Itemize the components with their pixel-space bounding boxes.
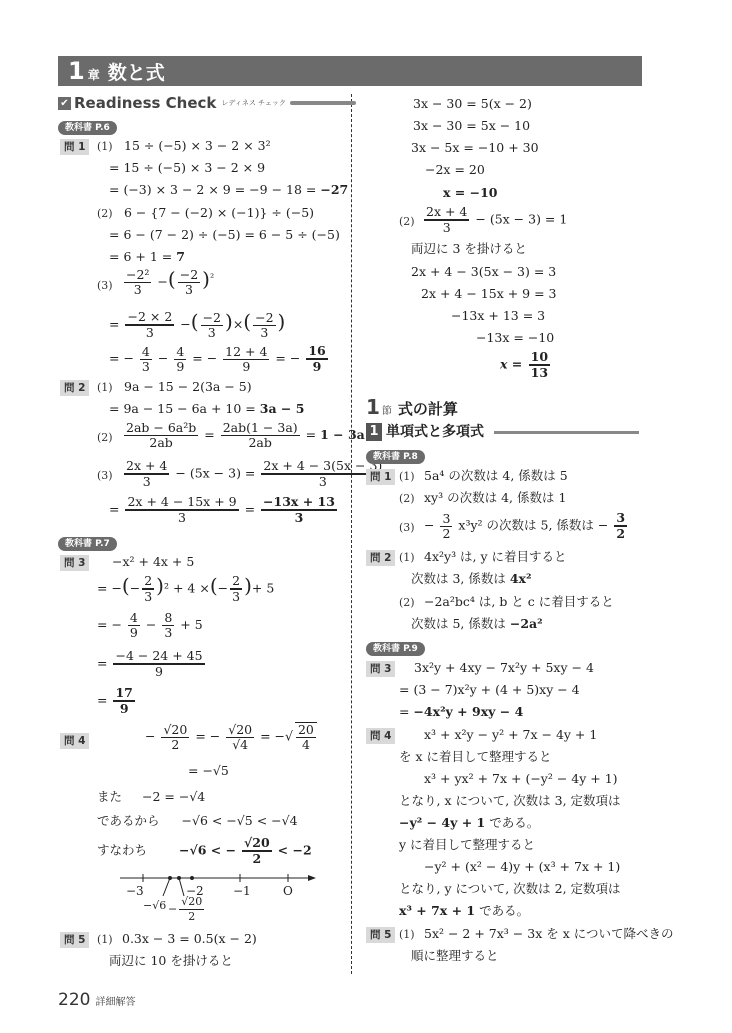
math-line: = 15 ÷ (−5) × 3 − 2 × 9: [109, 159, 265, 177]
text-line: −y² − 4y + 1 である。: [399, 814, 539, 832]
math-line: すなわち −√6 < − √202 < −2: [97, 836, 312, 866]
math-line: − √202 = − √20√4 = −√204: [145, 722, 319, 752]
text-line: y に着目して整理すると: [399, 836, 535, 854]
part-number: (2): [399, 492, 415, 505]
text-line: 両辺に 10 を掛けると: [109, 952, 233, 970]
math-line: x³ + x²y − y² + 7x − 4y + 1: [424, 726, 597, 744]
part-number: (1): [97, 140, 113, 153]
math-line: −2x = 20: [425, 161, 485, 179]
text-line: 順に整理すると: [411, 947, 499, 965]
tick-label: O: [283, 882, 293, 900]
text-line: 両辺に 3 を掛けると: [411, 240, 527, 258]
answer: 179: [113, 686, 134, 716]
math-line: −2²3 −(−23)²: [122, 268, 214, 297]
answer: 1 − 3a: [320, 427, 365, 442]
part-number: (2): [97, 207, 113, 220]
math-line: = −2 × 23 −(−23)×(−23): [109, 310, 285, 340]
answer: x = 1013: [500, 350, 552, 380]
math-line: = − 43 − 49 = − 12 + 49 = − 169: [109, 344, 330, 374]
math-line: = −√5: [188, 762, 229, 780]
math-line: また−2 = −√4: [97, 788, 205, 806]
part-number: (2): [97, 431, 113, 444]
heading-rule: [290, 101, 356, 105]
math-line: −x² + 4x + 5: [112, 553, 194, 571]
math-line: = − 49 − 83 + 5: [97, 611, 203, 640]
page-footer: 220 詳細解答: [58, 990, 135, 1010]
answer: 7: [176, 249, 185, 264]
math-line: = −(−23)² + 4 ×(−23)+ 5: [97, 574, 274, 604]
math-line: −y² + (x² − 4)y + (x³ + 7x + 1): [424, 858, 620, 876]
text-line: となり, x について, 次数は 3, 定数項は: [399, 792, 621, 810]
question-label: 問 4: [366, 728, 395, 744]
math-line: 3x − 30 = 5x − 10: [413, 117, 530, 135]
math-line: 2x + 4 − 15x + 9 = 3: [421, 285, 557, 303]
math-line: 6 − {7 − (−2) × (−1)} ÷ (−5): [124, 204, 314, 222]
answer: x = −10: [443, 184, 498, 202]
part-number: (1): [399, 470, 415, 483]
question-label: 問 2: [366, 550, 395, 566]
text-line: xy³ の次数は 4, 係数は 1: [424, 489, 566, 507]
text-line: 5a⁴ の次数は 4, 係数は 5: [424, 467, 568, 485]
question-label: 問 5: [60, 932, 89, 948]
math-line: −13x = −10: [476, 329, 554, 347]
math-line: 2x + 4 − 3(5x − 3) = 3: [411, 263, 556, 281]
math-line: 3x − 5x = −10 + 30: [411, 139, 539, 157]
readiness-check-heading: ✔ Readiness Check レディネス チェック: [58, 94, 356, 112]
question-label: 問 3: [366, 661, 395, 677]
checkbox-icon: ✔: [58, 97, 71, 110]
math-line: 15 ÷ (−5) × 3 − 2 × 3²: [124, 137, 271, 155]
text-line: 4x²y³ は, y に着目すると: [424, 548, 567, 566]
heading-rule: [494, 431, 639, 434]
math-line: = 6 + 1 = 7: [109, 248, 185, 266]
math-line: であるから−√6 < −√5 < −√4: [97, 812, 298, 830]
math-line: −13x + 13 = 3: [451, 307, 545, 325]
math-line: = 9a − 15 − 6a + 10 = 3a − 5: [109, 400, 304, 418]
math-line: 3x − 30 = 5(x − 2): [413, 95, 532, 113]
textbook-ref-badge: 教科書 P.9: [366, 642, 425, 656]
math-line: 2x + 43 − (5x − 3) = 2x + 4 − 3(5x − 3)3: [122, 459, 386, 489]
question-label: 問 1: [366, 469, 395, 485]
footer-label: 詳細解答: [95, 993, 135, 1008]
math-line: 3x²y + 4xy − 7x²y + 5xy − 4: [414, 659, 594, 677]
chapter-unit: 章: [88, 66, 100, 83]
question-label: 問 4: [60, 733, 89, 749]
math-line: = −4x²y + 9xy − 4: [399, 703, 523, 721]
math-line: 9a − 15 − 2(3a − 5): [124, 378, 252, 396]
answer: −13x + 133: [261, 495, 337, 525]
text-line: x³ + 7x + 1 である。: [399, 902, 529, 920]
chapter-number: 1: [68, 56, 85, 86]
part-number: (1): [97, 381, 113, 394]
part-number: (1): [399, 928, 415, 941]
part-number: (3): [97, 469, 113, 482]
math-line: x³ + yx² + 7x + (−y² − 4y + 1): [424, 770, 618, 788]
answer: −27: [320, 182, 348, 197]
arrow-icon: [308, 875, 316, 881]
chapter-header: 1 章 数と式: [58, 56, 642, 86]
math-line: 2ab − 6a²b2ab = 2ab(1 − 3a)2ab = 1 − 3a: [122, 421, 365, 450]
question-label: 問 1: [60, 139, 89, 155]
column-divider: [351, 94, 352, 974]
part-number: (2): [399, 215, 415, 228]
question-label: 問 3: [60, 555, 89, 571]
part-number: (3): [399, 521, 415, 534]
textbook-ref-badge: 教科書 P.7: [58, 537, 117, 551]
question-label: 問 2: [60, 380, 89, 396]
answer: 3a − 5: [260, 401, 305, 416]
math-line: = −4 − 24 + 459: [97, 649, 207, 679]
text-line: −2a²bc⁴ は, b と c に着目すると: [424, 593, 614, 611]
subsection-heading: 1 単項式と多項式: [366, 423, 639, 441]
point-label: −√202: [168, 895, 206, 924]
textbook-ref-badge: 教科書 P.8: [366, 450, 425, 464]
section-heading: 1 節 式の計算: [366, 398, 458, 421]
point-label: −√6: [143, 897, 166, 915]
math-line: = 2x + 4 − 15x + 93 = −13x + 133: [109, 495, 339, 525]
question-label: 問 5: [366, 927, 395, 943]
text-line: 次数は 5, 係数は −2a²: [411, 615, 543, 633]
math-line: = 179: [97, 686, 137, 716]
readiness-label: Readiness Check: [74, 94, 216, 112]
math-line: = (3 − 7)x²y + (4 + 5)xy − 4: [399, 681, 580, 699]
textbook-ref-badge: 教科書 P.6: [58, 121, 117, 135]
part-number: (1): [399, 551, 415, 564]
math-line: = 6 − (7 − 2) ÷ (−5) = 6 − 5 ÷ (−5): [109, 226, 340, 244]
chapter-title: 数と式: [108, 58, 165, 85]
part-number: (1): [97, 933, 113, 946]
math-line: 0.3x − 3 = 0.5(x − 2): [122, 930, 257, 948]
part-number: (3): [97, 279, 113, 292]
page-number: 220: [58, 990, 90, 1010]
tick-label: −1: [233, 882, 251, 900]
part-number: (2): [399, 596, 415, 609]
text-line: 次数は 3, 係数は 4x²: [411, 570, 531, 588]
text-line: 5x² − 2 + 7x³ − 3x を x について降べきの: [424, 925, 673, 943]
math-line: 2x + 43 − (5x − 3) = 1: [422, 205, 567, 235]
text-line: となり, y について, 次数は 2, 定数項は: [399, 880, 621, 898]
tick-label: −3: [126, 882, 144, 900]
readiness-sub: レディネス チェック: [221, 94, 285, 112]
answer: 169: [306, 344, 327, 374]
text-line: を x に着目して整理すると: [399, 748, 552, 766]
math-line: = (−3) × 3 − 2 × 9 = −9 − 18 = −27: [109, 181, 348, 199]
text-line: − 32 x³y² の次数は 5, 係数は − 32: [424, 511, 629, 541]
